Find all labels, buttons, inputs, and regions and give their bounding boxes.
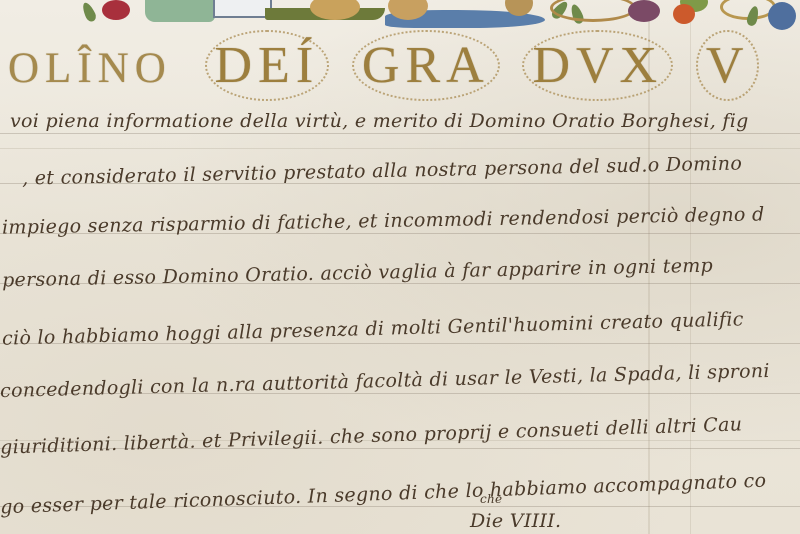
title-word-ornamented: V (706, 36, 750, 95)
red-flower-icon (102, 0, 130, 20)
manuscript-line-date: Die VIIII. (470, 510, 561, 532)
title-word-ornamented: DEÍ (215, 36, 320, 95)
leaf-icon (80, 1, 98, 23)
illuminated-border (0, 0, 800, 30)
manuscript-line: voi piena informatione della virtù, e me… (10, 110, 749, 132)
purple-berries-icon (628, 0, 660, 22)
blue-flower-icon (768, 2, 796, 30)
green-hill-icon (145, 0, 215, 22)
orange-fruit-icon (673, 4, 695, 24)
open-book-icon (213, 0, 272, 18)
marginal-note: che (480, 492, 502, 506)
title-word-ornamented: DVX (532, 36, 663, 95)
gilded-scroll-ornament (550, 0, 636, 22)
title-word: OLÎNO (8, 44, 172, 93)
title-word-ornamented: GRA (362, 36, 490, 95)
ruling-line (0, 133, 800, 134)
parchment-crease (0, 148, 800, 149)
gold-title: OLÎNO DEÍ GRA DVX V (8, 36, 775, 95)
